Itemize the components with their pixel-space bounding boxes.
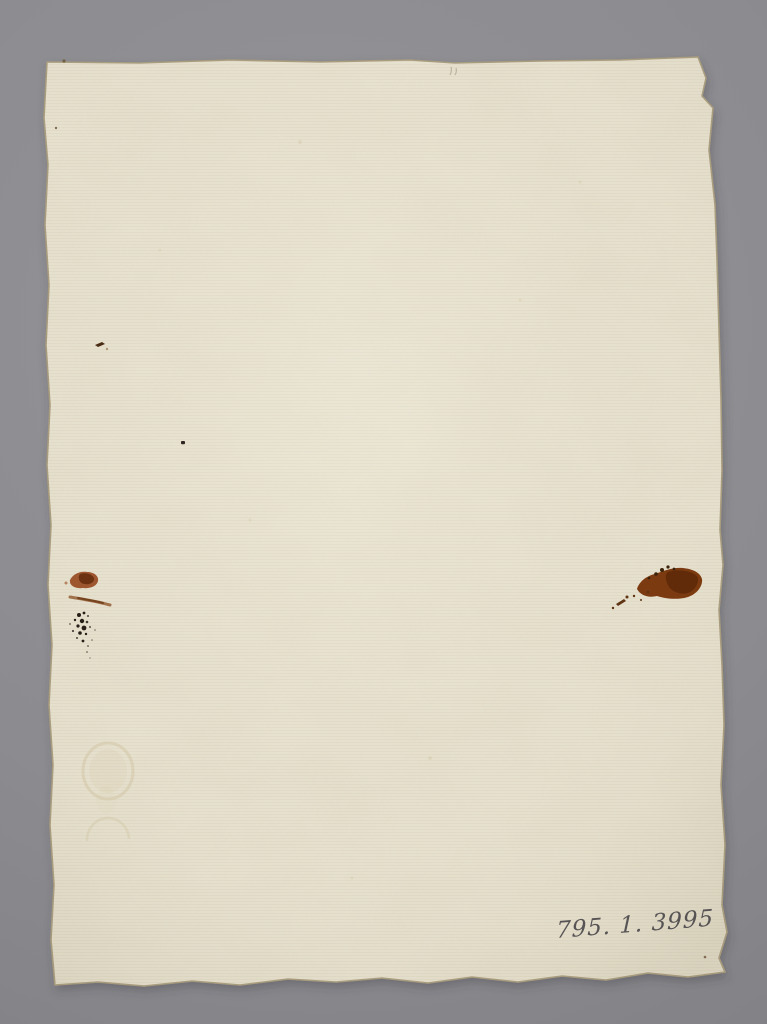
fleck-center-left: [181, 441, 185, 444]
sheen-overlay: [44, 57, 727, 986]
paper-sheet-graphic: [0, 0, 767, 1024]
photograph-background: 795. 1. 3995: [0, 0, 767, 1024]
